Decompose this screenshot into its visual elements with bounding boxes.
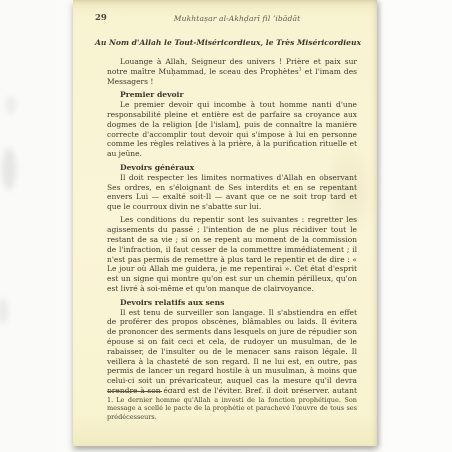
paragraph-devoirs-generaux: Il doit respecter les limites normatives… [107,173,357,212]
paragraph-opening-praise: Louange à Allah, Seigneur des univers ! … [107,57,357,86]
photo-artifact [0,298,8,324]
page-header: 29Mukhtaṣar al-Akhḍarī fil ʼibādāt [73,13,377,25]
book-page-photo: 29Mukhtaṣar al-Akhḍarī fil ʼibādāt Au No… [0,0,452,452]
footnote-text: Le dernier homme qu'Allah a investi de l… [107,396,357,421]
section-heading-devoirs-sens: Devoirs relatifs aux sens [107,298,357,308]
running-title: Mukhtaṣar al-Akhḍarī fil ʼibādāt [73,14,377,23]
footnote: 1.Le dernier homme qu'Allah a investi de… [107,396,357,421]
basmala-line: Au Nom d'Allah le Tout-Miséricordieux, l… [73,38,377,47]
footnote-separator [107,391,162,392]
paragraph-devoirs-sens: Il est tenu de surveiller son langage. I… [107,308,357,393]
photo-artifact [6,96,16,114]
paragraph-conditions-repentir: Les conditions du repentir sont les suiv… [107,215,357,293]
book-page: 29Mukhtaṣar al-Akhḍarī fil ʼibādāt Au No… [73,0,377,446]
footnote-marker: 1. [107,396,113,404]
body-text: Louange à Allah, Seigneur des univers ! … [107,57,357,393]
section-heading-devoirs-generaux: Devoirs généraux [107,163,357,173]
section-heading-premier-devoir: Premier devoir [107,90,357,100]
paragraph-premier-devoir: Le premier devoir qui incombe à tout hom… [107,100,357,159]
photo-artifact [2,148,16,190]
footnote-area: 1.Le dernier homme qu'Allah a investi de… [107,391,357,421]
